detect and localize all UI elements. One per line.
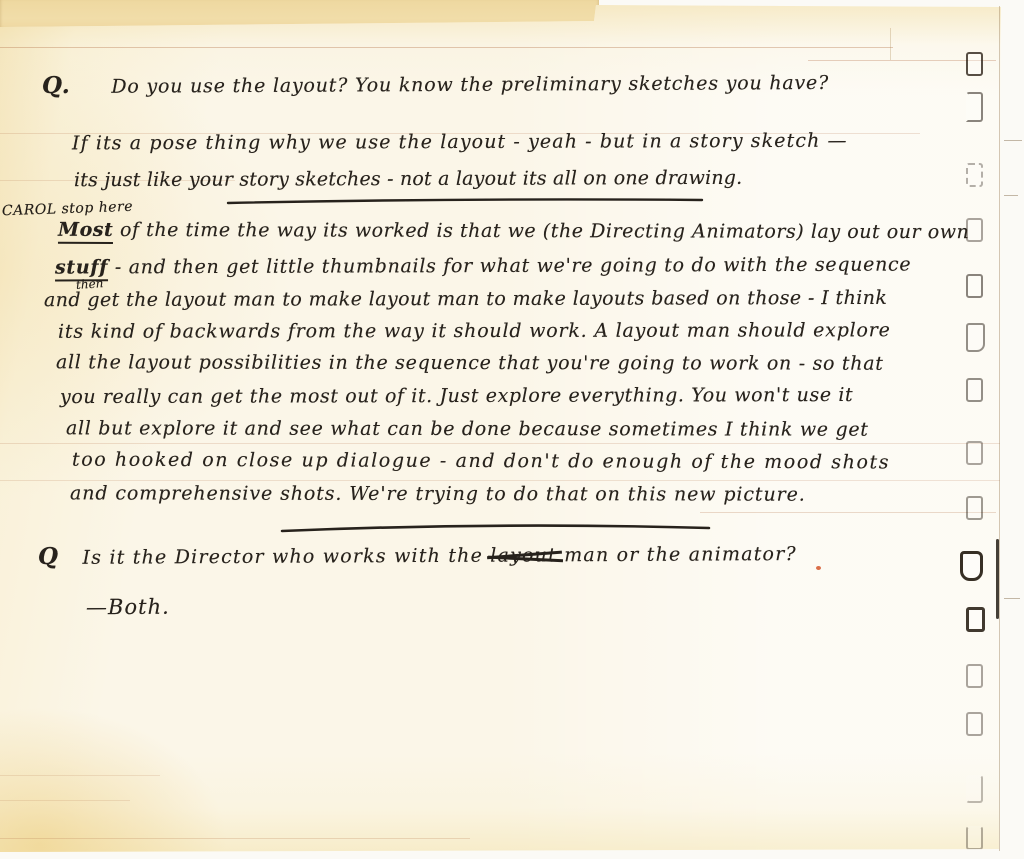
question-1-line: Q. Do you use the layout? You know the p…: [42, 70, 829, 97]
ruled-line: [0, 838, 470, 839]
paragraph-line-8: too hooked on close up dialogue - and do…: [72, 451, 890, 473]
paragraph-line-5: all the layout possibilities in the sequ…: [56, 353, 884, 373]
scribbled-out-word: layout: [490, 544, 557, 566]
ruled-line: [0, 800, 130, 801]
binding-hole: [966, 163, 983, 187]
handdrawn-divider-1: [226, 195, 706, 207]
answer-1-line-1: If its a pose thing why we use the layou…: [72, 132, 848, 154]
paragraph-line-3-text: get the layout man to make layout man to…: [87, 287, 887, 311]
paragraph-line-2: stuff - and then get little thumbnails f…: [55, 256, 911, 278]
question-2-line: Q Is it the Director who works with the …: [38, 541, 797, 568]
question-2-label: Q: [38, 543, 59, 570]
paragraph-line-6: you really can get the most out of it. J…: [60, 386, 853, 407]
edge-dash: [1004, 195, 1018, 196]
paragraph-line-1-text: of the time the way its worked is that w…: [113, 219, 969, 243]
question-2-pre: Is it the Director who works with the: [82, 545, 490, 569]
underlined-word-most: Most: [58, 219, 113, 244]
paragraph-line-9: and comprehensive shots. We're trying to…: [70, 484, 806, 504]
note-paper: Q. Do you use the layout? You know the p…: [0, 0, 1001, 853]
binding-hole: [966, 274, 983, 298]
binder-shadow-mark: [996, 539, 999, 619]
question-2-post: man or the animator?: [557, 543, 797, 566]
paragraph-line-3-pre: and: [44, 289, 87, 311]
binding-hole: [966, 607, 985, 632]
binding-hole: [960, 551, 983, 581]
margin-note: CAROL stop here: [2, 199, 134, 220]
red-fleck: [816, 566, 821, 570]
page-right-edge: [999, 6, 1000, 851]
ruled-line: [0, 443, 1000, 444]
binding-hole: [966, 92, 983, 122]
binding-hole: [966, 496, 983, 520]
paragraph-line-2-text: - and then get little thumbnails for wha…: [108, 254, 911, 279]
binding-hole: [966, 218, 983, 242]
question-1-text: Do you use the layout? You know the prel…: [111, 72, 829, 98]
answer-1-line-2: its just like your story sketches - not …: [74, 169, 742, 190]
binding-hole: [966, 664, 983, 688]
paragraph-line-7: all but explore it and see what can be d…: [66, 419, 869, 439]
question-1-label: Q.: [42, 72, 71, 99]
edge-dash: [1004, 598, 1020, 599]
ruled-line: [0, 775, 160, 776]
binding-hole: [966, 826, 983, 850]
binding-hole: [966, 712, 983, 736]
binding-hole: [966, 775, 983, 803]
binding-hole: [966, 323, 985, 352]
page-crease-mark: [890, 28, 891, 60]
answer-2-line: —Both.: [86, 597, 170, 619]
paragraph-line-4: its kind of backwards from the way it sh…: [58, 321, 891, 341]
binding-hole: [966, 52, 983, 76]
paragraph-line-1: Most of the time the way its worked is t…: [58, 221, 969, 242]
binding-hole: [966, 441, 983, 465]
handdrawn-divider-2: [280, 520, 712, 534]
ruled-line: [700, 512, 996, 513]
edge-dash: [1004, 140, 1022, 141]
paragraph-line-3: and get the layout man to make layout ma…: [44, 289, 887, 310]
binding-hole: [966, 378, 983, 402]
ruled-line: [0, 47, 893, 48]
scanned-note-page: Q. Do you use the layout? You know the p…: [0, 0, 1024, 859]
ruled-line: [0, 480, 1000, 481]
